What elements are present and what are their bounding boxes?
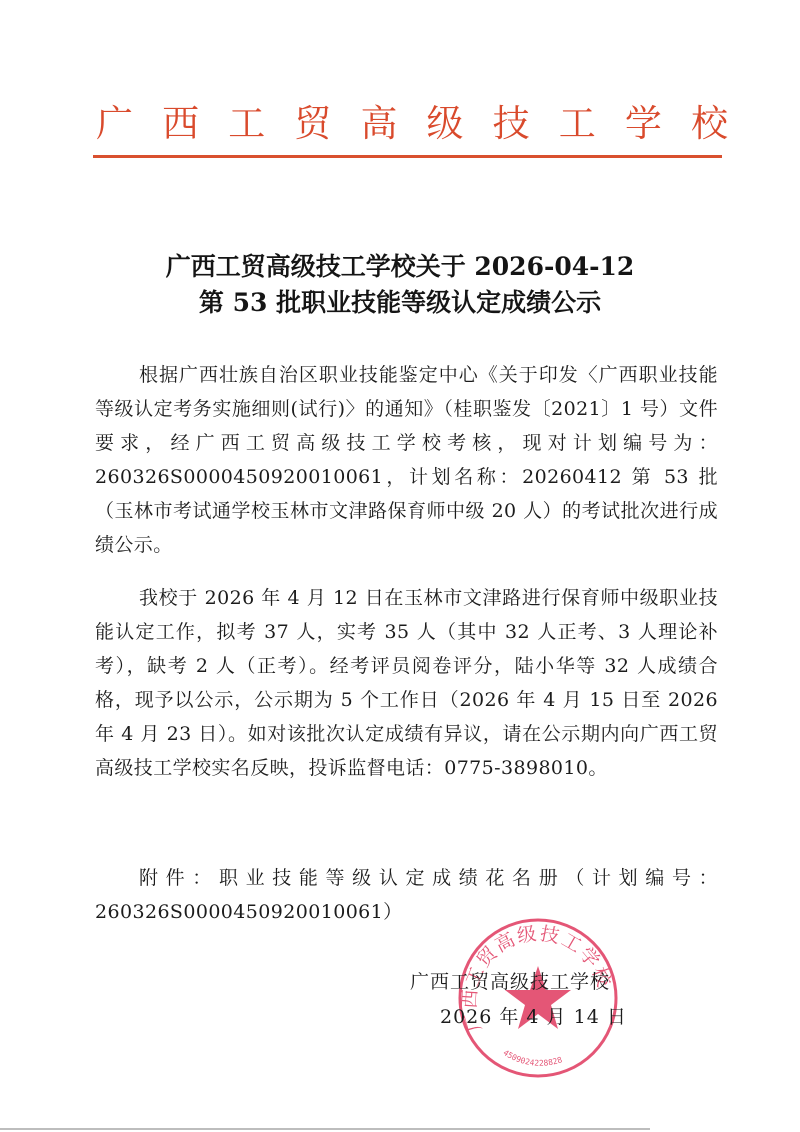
document-title-line-1: 广西工贸高级技工学校关于 2026-04-12 — [0, 249, 800, 285]
attachment-note: 附件：职业技能等级认定成绩花名册（计划编号：260326S00004509200… — [95, 861, 718, 929]
paragraph-text: 根据广西壮族自治区职业技能鉴定中心《关于印发〈广西职业技能等级认定考务实施细则(… — [95, 358, 718, 562]
letterhead-school-name: 广 西 工 贸 高 级 技 工 学 校 — [96, 100, 728, 148]
letterhead-char: 工 — [228, 100, 265, 148]
letterhead-char: 学 — [625, 100, 662, 148]
letterhead-divider — [93, 155, 722, 158]
body-paragraph-2: 我校于 2026 年 4 月 12 日在玉林市文津路进行保育师中级职业技能认定工… — [95, 581, 718, 785]
official-seal-icon: 广西工贸高级技工学校 4509024228828 — [456, 916, 620, 1080]
page-bottom-edge — [0, 1128, 650, 1130]
letterhead-char: 级 — [427, 100, 464, 148]
paragraph-text: 我校于 2026 年 4 月 12 日在玉林市文津路进行保育师中级职业技能认定工… — [95, 581, 718, 785]
document-title-line-2: 第 53 批职业技能等级认定成绩公示 — [0, 285, 800, 321]
letterhead-char: 广 — [96, 100, 133, 148]
letterhead-char: 贸 — [294, 100, 331, 148]
letterhead-char: 技 — [493, 100, 530, 148]
letterhead-char: 西 — [162, 100, 199, 148]
svg-text:4509024228828: 4509024228828 — [502, 1048, 564, 1068]
letterhead-char: 工 — [559, 100, 596, 148]
signature-organization: 广西工贸高级技工学校 — [410, 967, 610, 997]
letterhead-char: 高 — [360, 100, 397, 148]
seal-code: 4509024228828 — [502, 1048, 564, 1068]
letterhead-char: 校 — [691, 100, 728, 148]
signature-date: 2026 年 4 月 14 日 — [440, 1002, 627, 1032]
attachment-text: 附件：职业技能等级认定成绩花名册（计划编号：260326S00004509200… — [95, 861, 718, 929]
body-paragraph-1: 根据广西壮族自治区职业技能鉴定中心《关于印发〈广西职业技能等级认定考务实施细则(… — [95, 358, 718, 562]
